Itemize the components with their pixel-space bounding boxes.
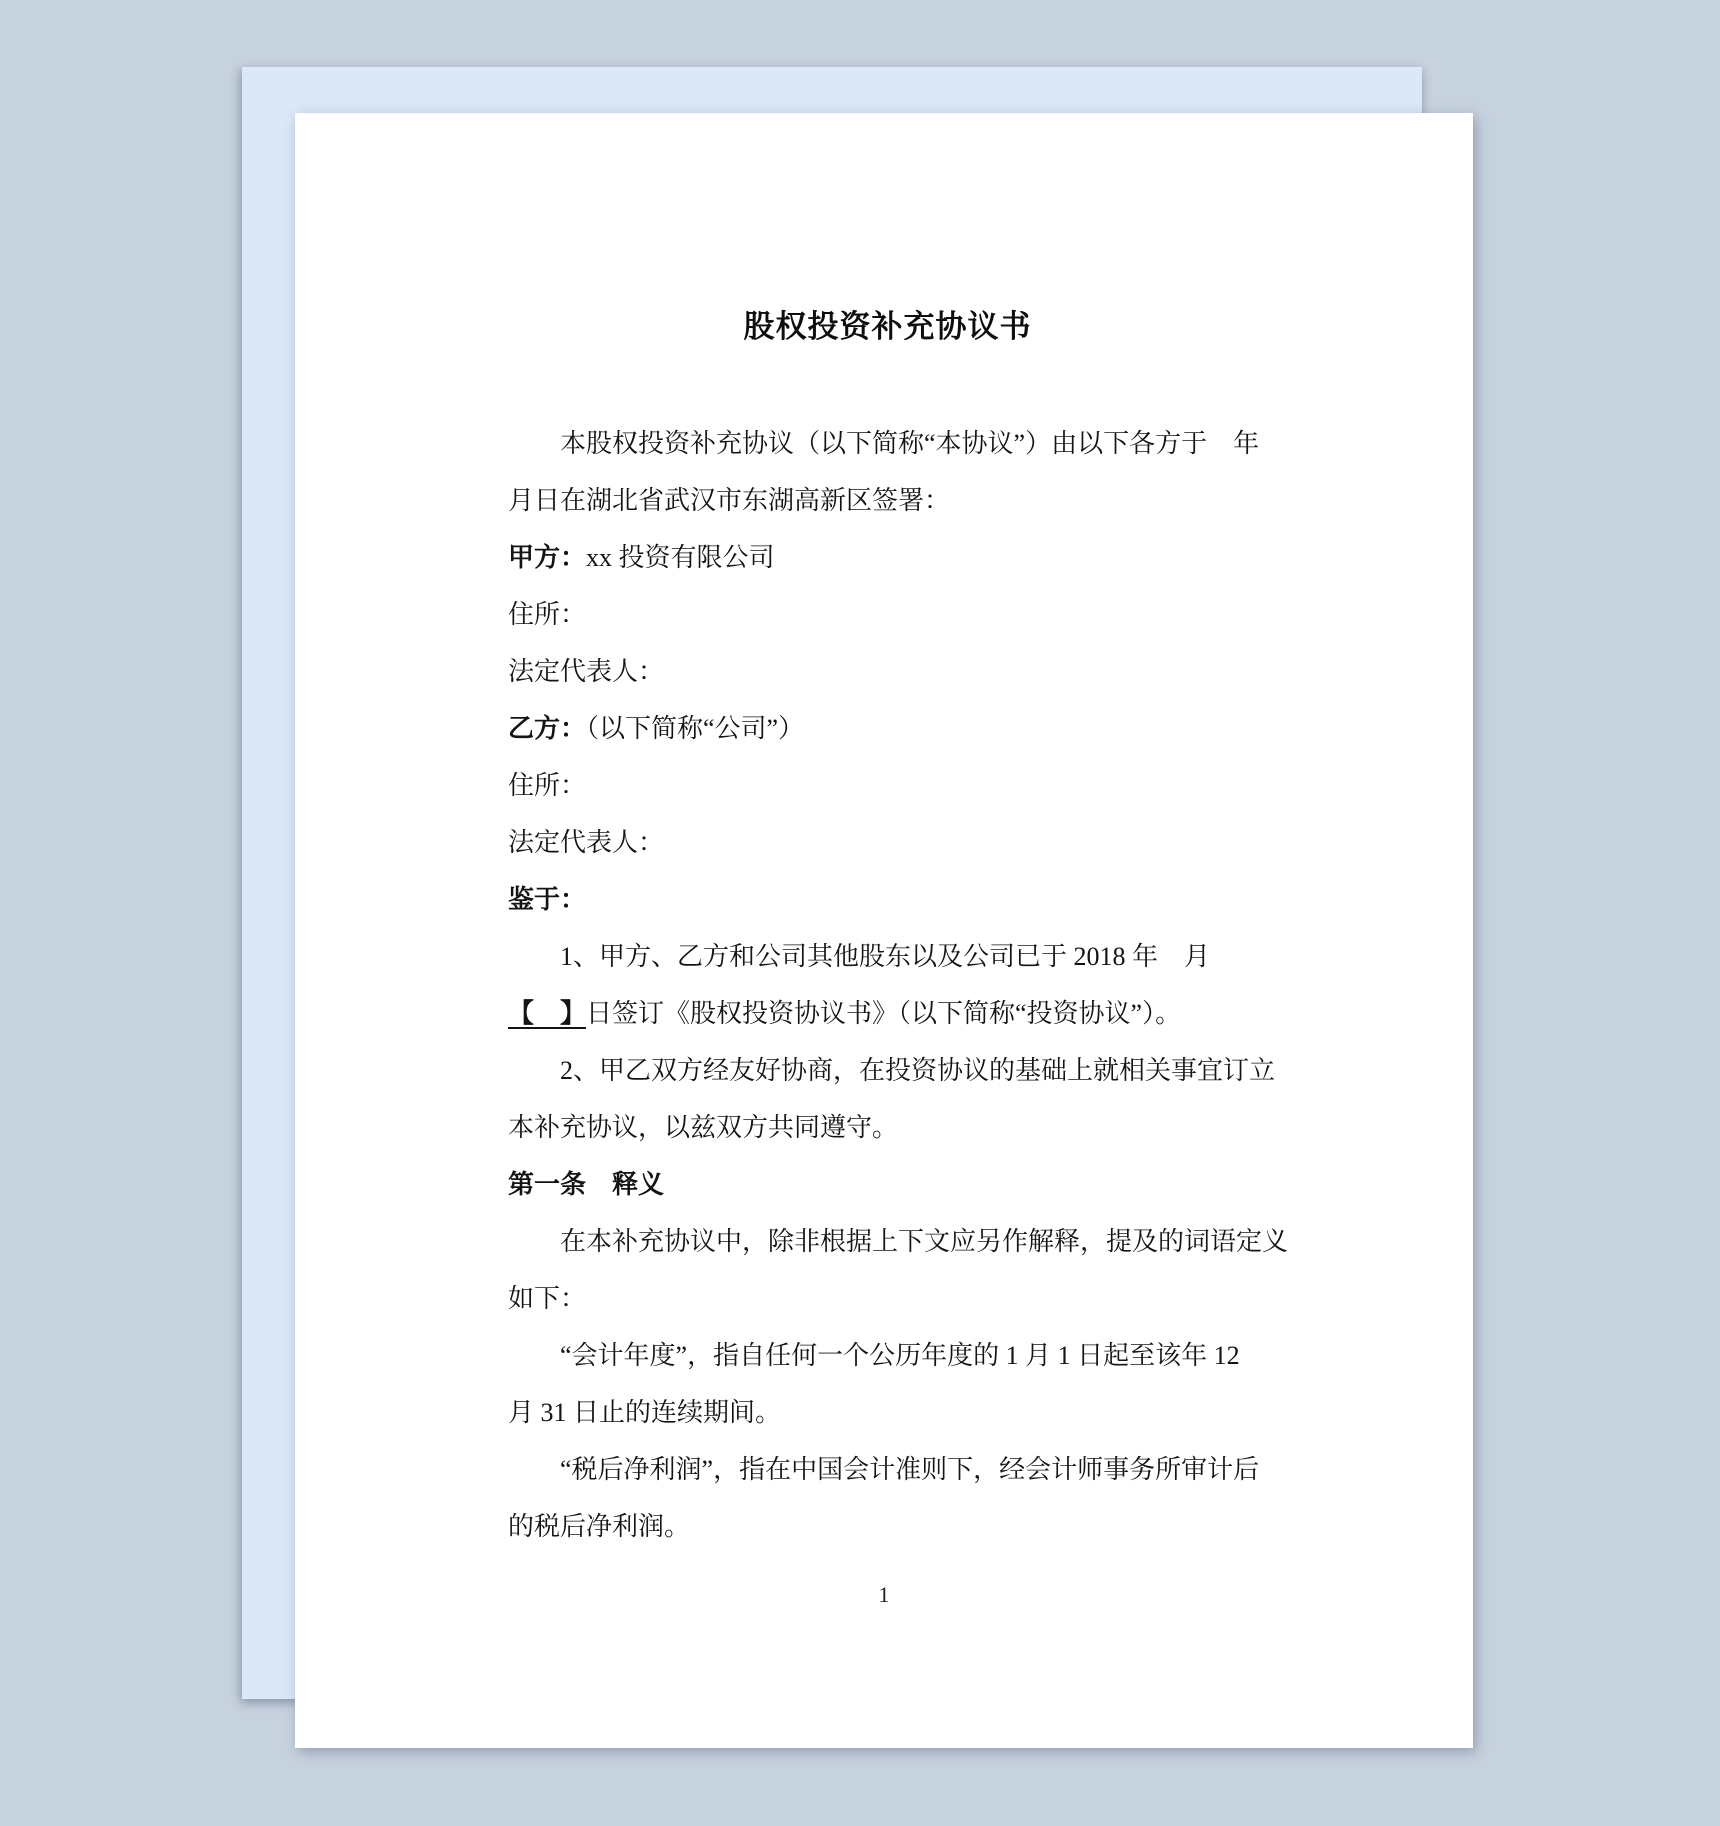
- document-body: 本股权投资补充协议（以下简称“本协议”）由以下各方于 年月日在湖北省武汉市东湖高…: [508, 415, 1267, 1555]
- text-segment: 的税后净利润。: [508, 1512, 690, 1541]
- page-content-area: 股权投资补充协议书 本股权投资补充协议（以下简称“本协议”）由以下各方于 年月日…: [508, 113, 1267, 1555]
- text-segment: xx 投资有限公司: [586, 543, 775, 572]
- text-segment: 第一条 释义: [508, 1170, 664, 1199]
- text-segment: “会计年度”，指自任何一个公历年度的 1 月 1 日起至该年 12: [560, 1341, 1240, 1370]
- document-line: 2、甲乙双方经友好协商，在投资协议的基础上就相关事宜订立: [508, 1042, 1267, 1099]
- document-line: 乙方：（以下简称“公司”）: [508, 700, 1267, 757]
- document-page: 股权投资补充协议书 本股权投资补充协议（以下简称“本协议”）由以下各方于 年月日…: [295, 113, 1473, 1748]
- text-segment: 住所：: [508, 600, 586, 629]
- document-line: 【 】日签订《股权投资协议书》（以下简称“投资协议”）。: [508, 985, 1267, 1042]
- document-line: 第一条 释义: [508, 1156, 1267, 1213]
- text-segment: 鉴于：: [508, 885, 586, 914]
- text-segment: 法定代表人：: [508, 657, 664, 686]
- document-line: 的税后净利润。: [508, 1498, 1267, 1555]
- document-line: 法定代表人：: [508, 643, 1267, 700]
- text-segment: （以下简称“公司”）: [586, 714, 804, 743]
- document-line: 如下：: [508, 1270, 1267, 1327]
- document-line: 甲方：xx 投资有限公司: [508, 529, 1267, 586]
- page-number: 1: [295, 1580, 1473, 1610]
- document-line: 1、甲方、乙方和公司其他股东以及公司已于 2018 年 月: [508, 928, 1267, 985]
- document-line: 本补充协议，以兹双方共同遵守。: [508, 1099, 1267, 1156]
- document-line: 月 31 日止的连续期间。: [508, 1384, 1267, 1441]
- text-segment: “税后净利润”，指在中国会计准则下，经会计师事务所审计后: [560, 1455, 1259, 1484]
- text-segment: 日签订《股权投资协议书》（以下简称“投资协议”）。: [586, 999, 1181, 1028]
- document-line: 鉴于：: [508, 871, 1267, 928]
- text-segment: 如下：: [508, 1284, 586, 1313]
- document-line: 住所：: [508, 586, 1267, 643]
- text-segment: 住所：: [508, 771, 586, 800]
- text-segment: 1、甲方、乙方和公司其他股东以及公司已于 2018 年 月: [560, 942, 1210, 971]
- text-segment: 月 31 日止的连续期间。: [508, 1398, 781, 1427]
- document-line: 月日在湖北省武汉市东湖高新区签署：: [508, 472, 1267, 529]
- text-segment: 法定代表人：: [508, 828, 664, 857]
- text-segment: 本补充协议，以兹双方共同遵守。: [508, 1113, 898, 1142]
- document-line: “会计年度”，指自任何一个公历年度的 1 月 1 日起至该年 12: [508, 1327, 1267, 1384]
- document-line: 住所：: [508, 757, 1267, 814]
- text-segment: 在本补充协议中，除非根据上下文应另作解释，提及的词语定义: [560, 1227, 1288, 1256]
- document-title: 股权投资补充协议书: [508, 305, 1267, 349]
- text-segment: 甲方：: [508, 543, 586, 572]
- text-segment: 月日在湖北省武汉市东湖高新区签署：: [508, 486, 950, 515]
- document-line: 法定代表人：: [508, 814, 1267, 871]
- text-segment: 2、甲乙双方经友好协商，在投资协议的基础上就相关事宜订立: [560, 1056, 1275, 1085]
- text-segment: 乙方：: [508, 714, 586, 743]
- document-line: “税后净利润”，指在中国会计准则下，经会计师事务所审计后: [508, 1441, 1267, 1498]
- document-line: 在本补充协议中，除非根据上下文应另作解释，提及的词语定义: [508, 1213, 1267, 1270]
- document-preview-background: 股权投资补充协议书 本股权投资补充协议（以下简称“本协议”）由以下各方于 年月日…: [0, 0, 1720, 1826]
- document-line: 本股权投资补充协议（以下简称“本协议”）由以下各方于 年: [508, 415, 1267, 472]
- text-segment: 本股权投资补充协议（以下简称“本协议”）由以下各方于 年: [560, 429, 1259, 458]
- text-segment: 【 】: [508, 999, 586, 1028]
